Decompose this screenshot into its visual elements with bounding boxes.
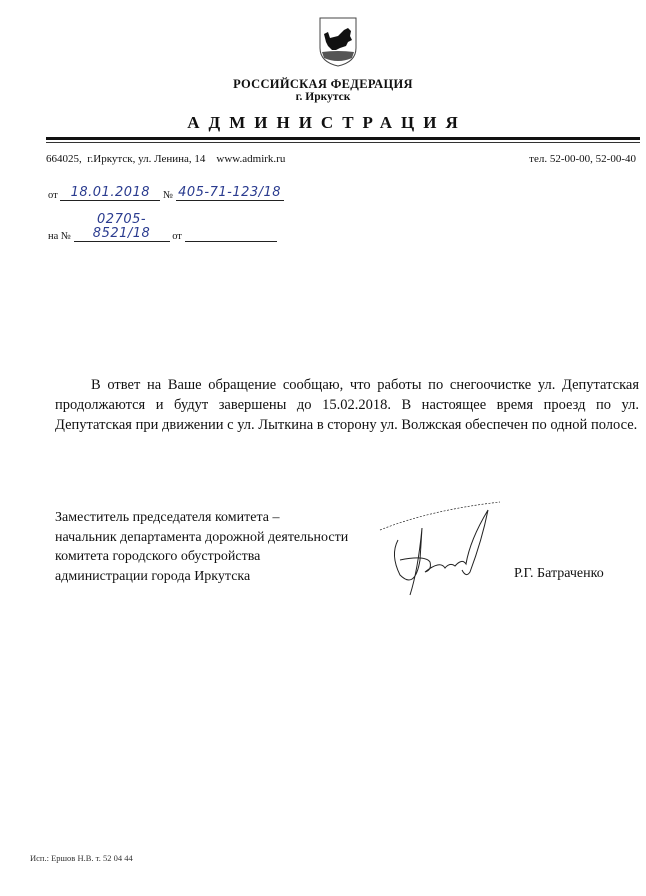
number-label: № xyxy=(163,190,173,201)
incoming-reference-line: на № 02705-8521/18 от xyxy=(48,213,277,242)
body-paragraph: В ответ на Ваше обращение сообщаю, что р… xyxy=(55,375,639,435)
letter-body: В ответ на Ваше обращение сообщаю, что р… xyxy=(55,375,639,435)
date-label: от xyxy=(48,190,58,201)
city-heading: г. Иркутск xyxy=(0,91,646,103)
organization-address: 664025, г.Иркутск, ул. Ленина, 14 www.ad… xyxy=(46,153,285,165)
date-value: 18.01.2018 xyxy=(60,186,160,201)
position-line: администрации города Иркутска xyxy=(55,567,348,587)
position-line: комитета городского обустройства xyxy=(55,547,348,567)
reply-label: на № xyxy=(48,231,71,242)
header-divider-thin xyxy=(46,142,640,143)
handwritten-signature-icon xyxy=(370,500,510,605)
number-value: 405-71-123/18 xyxy=(176,186,284,201)
irkutsk-coat-of-arms-icon xyxy=(318,16,358,68)
organization-phone: тел. 52-00-00, 52-00-40 xyxy=(529,153,636,165)
reply-date-value xyxy=(185,241,277,242)
position-line: начальник департамента дорожной деятельн… xyxy=(55,528,348,548)
organization-title: АДМИНИСТРАЦИЯ xyxy=(0,113,646,133)
reply-date-label: от xyxy=(172,231,182,242)
signatory-position: Заместитель председателя комитета – нача… xyxy=(55,508,348,586)
outgoing-reference-line: от 18.01.2018 № 405-71-123/18 xyxy=(48,186,284,201)
position-line: Заместитель председателя комитета – xyxy=(55,508,348,528)
reply-number: 02705-8521/18 xyxy=(74,213,170,242)
signatory-name: Р.Г. Батраченко xyxy=(514,566,604,582)
country-heading: РОССИЙСКАЯ ФЕДЕРАЦИЯ xyxy=(0,77,646,92)
header-divider-thick xyxy=(46,137,640,140)
executor-note: Исп.: Ершов Н.В. т. 52 04 44 xyxy=(30,853,133,863)
